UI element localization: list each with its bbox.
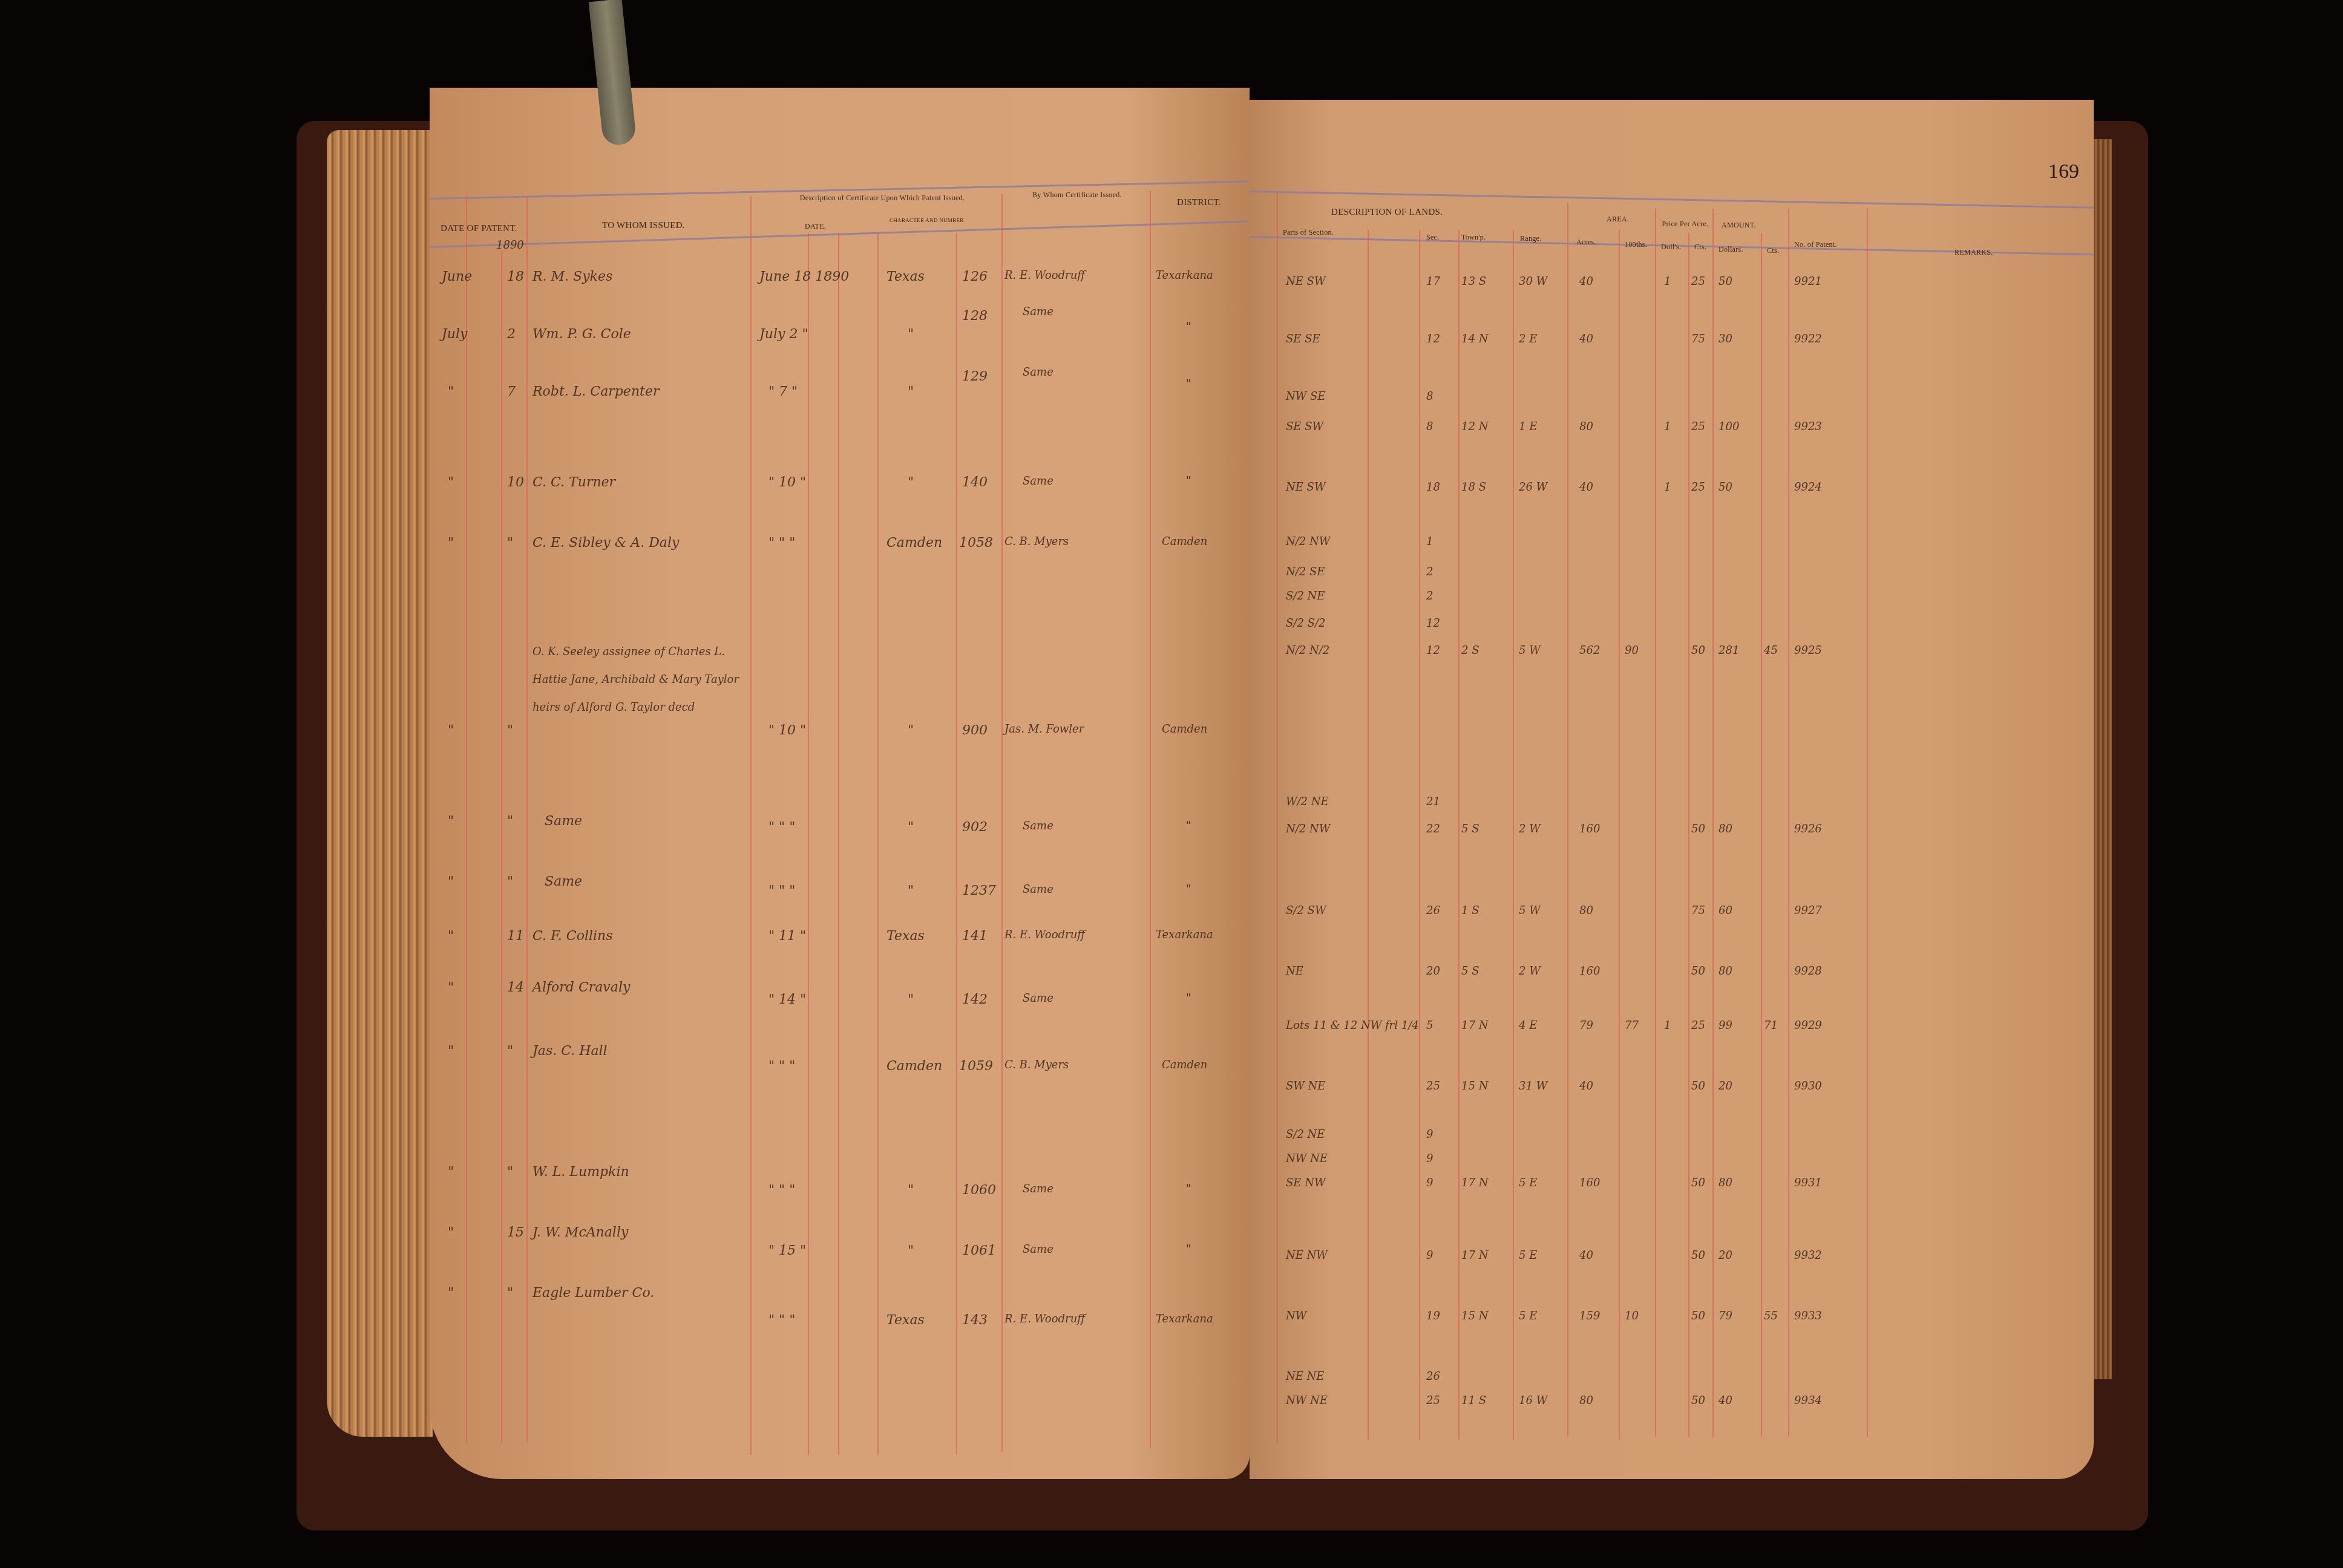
entry-amt-d: 30 [1719, 333, 1732, 345]
col-rule [1277, 191, 1278, 1443]
entry-month: " [448, 874, 454, 889]
entry-number: 1061 [962, 1243, 996, 1258]
entry-name: Wm. P. G. Cole [532, 327, 631, 342]
col-rule [808, 233, 809, 1455]
entry-number: 1059 [959, 1059, 993, 1074]
entry-month: " [448, 814, 454, 829]
entry-number: 143 [962, 1313, 988, 1328]
entry-district: " [1186, 475, 1191, 488]
col-rule [1368, 230, 1369, 1440]
entry-amt-d: 79 [1719, 1310, 1732, 1322]
entry-amt-c: 45 [1764, 644, 1778, 657]
entry-district: Texarkana [1156, 929, 1213, 941]
entry-cert-date: " " " [768, 883, 795, 898]
entry-patent-no: 9923 [1794, 420, 1822, 433]
entry-sec: 9 [1426, 1128, 1433, 1141]
entry-character: " [908, 723, 914, 738]
header-acres: Acres. [1576, 238, 1596, 247]
entry-number: 129 [962, 369, 988, 384]
entry-patent-no: 9924 [1794, 481, 1822, 494]
entry-sec: 5 [1426, 1019, 1433, 1032]
entry-sec: 9 [1426, 1249, 1433, 1262]
entry-by-whom: Same [1023, 820, 1054, 832]
entry-parts: NW SE [1286, 390, 1325, 403]
entry-cert-date: July 2 " [759, 327, 808, 342]
entry-sec: 12 [1426, 644, 1440, 657]
entry-sec: 19 [1426, 1310, 1440, 1322]
entry-by-whom: Jas. M. Fowler [1004, 723, 1084, 736]
entry-by-whom: R. E. Woodruff [1004, 929, 1085, 941]
entry-rng: 4 E [1519, 1019, 1537, 1032]
entry-name: Eagle Lumber Co. [532, 1285, 654, 1301]
entry-rng: 2 E [1519, 333, 1537, 345]
entry-price-c: 50 [1691, 823, 1705, 835]
entry-month: June [442, 269, 472, 284]
entry-hund: 90 [1625, 644, 1639, 657]
entry-patent-no: 9922 [1794, 333, 1822, 345]
entry-character: " [908, 475, 914, 490]
entry-twp: 15 N [1461, 1310, 1488, 1322]
header-by-whom: By Whom Certificate Issued. [1029, 191, 1126, 200]
entry-day: " [507, 1044, 513, 1059]
entry-amt-d: 50 [1719, 481, 1732, 494]
entry-name: C. E. Sibley & A. Daly [532, 535, 679, 550]
entry-parts: W/2 NE [1286, 795, 1329, 808]
header-dolls: Doll's. [1661, 243, 1681, 252]
entry-month: " [448, 980, 454, 995]
entry-twp: 5 S [1461, 823, 1480, 835]
entry-rng: 26 W [1519, 481, 1547, 494]
entry-patent-no: 9930 [1794, 1080, 1822, 1093]
entry-patent-no: 9932 [1794, 1249, 1822, 1262]
entry-name: O. K. Seeley assignee of Charles L. Hatt… [532, 638, 744, 722]
entry-twp: 13 S [1461, 275, 1486, 288]
entry-district: Texarkana [1156, 1313, 1213, 1325]
header-district: DISTRICT. [1177, 198, 1221, 208]
entry-district: Camden [1162, 1059, 1207, 1071]
entry-by-whom: C. B. Myers [1004, 1059, 1069, 1071]
entry-rng: 16 W [1519, 1394, 1547, 1407]
entry-name: C. F. Collins [532, 929, 613, 944]
entry-twp: 17 N [1461, 1019, 1488, 1032]
entry-price-d: 1 [1664, 275, 1671, 288]
right-page: 169 DESCRIPTION OF LANDS. Parts of Secti… [1250, 100, 2094, 1479]
entry-amt-d: 20 [1719, 1249, 1732, 1262]
entry-character: " [908, 327, 914, 342]
entry-rng: 2 W [1519, 823, 1541, 835]
entry-number: 142 [962, 992, 988, 1007]
entry-acres: 160 [1579, 965, 1600, 978]
entry-name: W. L. Lumpkin [532, 1165, 629, 1180]
col-rule [838, 233, 839, 1455]
entry-sec: 17 [1426, 275, 1440, 288]
header-amount: AMOUNT. [1722, 221, 1756, 230]
entry-acres: 160 [1579, 823, 1600, 835]
entry-sec: 12 [1426, 333, 1440, 345]
entry-twp: 12 N [1461, 420, 1488, 433]
entry-price-c: 25 [1691, 420, 1705, 433]
entry-parts: S/2 NE [1286, 590, 1325, 603]
entry-district: " [1186, 1183, 1191, 1195]
entry-month: July [442, 327, 467, 342]
entry-sec: 20 [1426, 965, 1440, 978]
entry-district: " [1186, 321, 1191, 333]
entry-district: Camden [1162, 723, 1207, 736]
entry-parts: SE NW [1286, 1177, 1325, 1189]
entry-sec: 8 [1426, 420, 1433, 433]
entry-acres: 79 [1579, 1019, 1593, 1032]
entry-district: " [1186, 1243, 1191, 1256]
header-township: Town'p. [1461, 233, 1486, 242]
entry-character: Texas [886, 269, 925, 284]
header-hundredths: 100ths. [1625, 240, 1647, 249]
entry-number: 126 [962, 269, 988, 284]
entry-month: " [448, 1225, 454, 1240]
entry-hund: 77 [1625, 1019, 1639, 1032]
entry-number: 900 [962, 723, 988, 738]
entry-price-c: 50 [1691, 1080, 1705, 1093]
entry-by-whom: Same [1023, 992, 1054, 1005]
header-certificate-date: DATE. [805, 222, 826, 231]
entry-price-d: 1 [1664, 481, 1671, 494]
entry-twp: 18 S [1461, 481, 1486, 494]
entry-rng: 5 E [1519, 1310, 1537, 1322]
entry-amt-d: 50 [1719, 275, 1732, 288]
entry-acres: 40 [1579, 1249, 1593, 1262]
entry-cert-date: " " " [768, 1313, 795, 1328]
header-sec: Sec. [1426, 233, 1440, 242]
entry-day: 15 [507, 1225, 524, 1240]
entry-amt-d: 60 [1719, 904, 1732, 917]
entry-parts: N/2 N/2 [1286, 644, 1329, 657]
entry-hund: 10 [1625, 1310, 1639, 1322]
entry-day: 7 [507, 384, 516, 399]
entry-sec: 2 [1426, 590, 1433, 603]
entry-acres: 40 [1579, 1080, 1593, 1093]
entry-cert-date: " 11 " [768, 929, 806, 944]
col-rule [956, 233, 957, 1455]
entry-sec: 21 [1426, 795, 1440, 808]
entry-character: " [908, 1183, 914, 1198]
entry-character: " [908, 883, 914, 898]
col-rule [501, 251, 502, 1443]
col-rule [1867, 209, 1868, 1437]
header-bottom-rule [430, 220, 1249, 248]
col-rule [1655, 209, 1656, 1437]
header-description-of-lands: DESCRIPTION OF LANDS. [1331, 207, 1443, 218]
entry-by-whom: Same [1023, 1183, 1054, 1195]
entry-number: 1060 [962, 1183, 996, 1198]
entry-price-c: 75 [1691, 904, 1705, 917]
entry-by-whom: Same [1023, 305, 1054, 318]
entry-patent-no: 9933 [1794, 1310, 1822, 1322]
col-rule [1619, 230, 1620, 1440]
entry-acres: 80 [1579, 1394, 1593, 1407]
entry-district: Camden [1162, 535, 1207, 548]
col-rule [1761, 233, 1762, 1437]
entry-price-c: 50 [1691, 644, 1705, 657]
entry-cert-date: " 7 " [768, 384, 798, 399]
entry-day: " [507, 1165, 513, 1180]
entry-parts: NE NE [1286, 1370, 1325, 1383]
entry-parts: NE [1286, 965, 1303, 978]
col-rule [1688, 233, 1689, 1437]
col-rule [1712, 209, 1714, 1437]
entry-cert-date: " 15 " [768, 1243, 806, 1258]
header-area: AREA. [1607, 215, 1629, 224]
entry-patent-no: 9926 [1794, 823, 1822, 835]
entry-cert-date: " " " [768, 1059, 795, 1074]
entry-parts: S/2 SW [1286, 904, 1326, 917]
entry-district: " [1186, 992, 1191, 1005]
entry-cert-date: " " " [768, 535, 795, 550]
entry-day: " [507, 1285, 513, 1301]
entry-sec: 9 [1426, 1152, 1433, 1165]
header-certificate-description: Description of Certificate Upon Which Pa… [773, 194, 991, 203]
entry-cert-date: " " " [768, 820, 795, 835]
entry-parts: N/2 SE [1286, 566, 1325, 578]
entry-patent-no: 9934 [1794, 1394, 1822, 1407]
entry-parts: S/2 NE [1286, 1128, 1325, 1141]
col-rule [466, 197, 467, 1443]
entry-name: Same [545, 874, 582, 889]
entry-price-c: 75 [1691, 333, 1705, 345]
entry-day: 10 [507, 475, 524, 490]
entry-number: 128 [962, 309, 988, 324]
entry-parts: SE SE [1286, 333, 1320, 345]
entry-acres: 80 [1579, 420, 1593, 433]
entry-price-c: 50 [1691, 1310, 1705, 1322]
entry-price-c: 50 [1691, 1249, 1705, 1262]
entry-day: 2 [507, 327, 516, 342]
entry-twp: 2 S [1461, 644, 1480, 657]
header-to-whom-issued: TO WHOM ISSUED. [602, 221, 685, 231]
entry-parts: Lots 11 & 12 NW frl 1/4 [1286, 1019, 1419, 1032]
entry-district: " [1186, 883, 1191, 896]
entry-number: 902 [962, 820, 988, 835]
entry-month: " [448, 1165, 454, 1180]
entry-rng: 5 E [1519, 1177, 1537, 1189]
entry-parts: S/2 S/2 [1286, 617, 1325, 630]
entry-acres: 562 [1579, 644, 1600, 657]
entry-acres: 40 [1579, 333, 1593, 345]
entry-rng: 5 W [1519, 904, 1541, 917]
entry-price-c: 50 [1691, 965, 1705, 978]
entry-day: 14 [507, 980, 524, 995]
entry-by-whom: Same [1023, 883, 1054, 896]
entry-amt-d: 80 [1719, 1177, 1732, 1189]
entry-cert-date: June 18 1890 [759, 269, 849, 284]
entry-district: Texarkana [1156, 269, 1213, 282]
entry-sec: 18 [1426, 481, 1440, 494]
entry-day: 18 [507, 269, 524, 284]
header-cts: Cts. [1694, 243, 1706, 252]
entry-rng: 5 E [1519, 1249, 1537, 1262]
entry-name: Alford Cravaly [532, 980, 630, 995]
entry-by-whom: R. E. Woodruff [1004, 269, 1085, 282]
entry-character: " [908, 1243, 914, 1258]
entry-twp: 14 N [1461, 333, 1488, 345]
entry-price-c: 25 [1691, 481, 1705, 494]
entry-character: " [908, 820, 914, 835]
entry-character: Texas [886, 1313, 925, 1328]
entry-patent-no: 9929 [1794, 1019, 1822, 1032]
entry-sec: 26 [1426, 904, 1440, 917]
entry-twp: 15 N [1461, 1080, 1488, 1093]
entry-district: " [1186, 820, 1191, 832]
entry-month: " [448, 535, 454, 550]
entry-cert-date: " 10 " [768, 475, 806, 490]
entry-amt-d: 80 [1719, 965, 1732, 978]
col-rule [1567, 203, 1568, 1437]
entry-day: " [507, 874, 513, 889]
entry-acres: 160 [1579, 1177, 1600, 1189]
entry-amt-d: 281 [1719, 644, 1739, 657]
entry-sec: 22 [1426, 823, 1440, 835]
page-number: 169 [2048, 160, 2079, 183]
header-character-and-number: CHARACTER AND NUMBER. [890, 217, 965, 223]
header-top-rule [1250, 191, 2094, 209]
entry-sec: 26 [1426, 1370, 1440, 1383]
entry-amt-c: 71 [1764, 1019, 1778, 1032]
entry-patent-no: 9927 [1794, 904, 1822, 917]
entry-acres: 80 [1579, 904, 1593, 917]
entry-cert-date: " 14 " [768, 992, 806, 1007]
entry-character: Texas [886, 929, 925, 944]
entry-number: 140 [962, 475, 988, 490]
entry-by-whom: C. B. Myers [1004, 535, 1069, 548]
entry-sec: 25 [1426, 1394, 1440, 1407]
col-rule [1419, 230, 1420, 1440]
entry-parts: N/2 NW [1286, 823, 1330, 835]
entry-patent-no: 9928 [1794, 965, 1822, 978]
entry-price-d: 1 [1664, 1019, 1671, 1032]
entry-month: " [448, 1044, 454, 1059]
entry-rng: 30 W [1519, 275, 1547, 288]
entry-amt-d: 99 [1719, 1019, 1732, 1032]
entry-sec: 25 [1426, 1080, 1440, 1093]
entry-parts: NW [1286, 1310, 1306, 1322]
entry-sec: 8 [1426, 390, 1433, 403]
entry-parts: N/2 NW [1286, 535, 1330, 548]
col-rule [1150, 191, 1151, 1449]
entry-price-c: 50 [1691, 1394, 1705, 1407]
col-rule [1458, 230, 1460, 1440]
entry-name: Robt. L. Carpenter [532, 384, 659, 399]
entry-district: " [1186, 378, 1191, 391]
entry-amt-d: 40 [1719, 1394, 1732, 1407]
entry-twp: 1 S [1461, 904, 1480, 917]
entry-by-whom: Same [1023, 475, 1054, 488]
header-price-per-acre: Price Per Acre. [1661, 220, 1709, 229]
col-rule [1513, 230, 1514, 1440]
entry-name: C. C. Turner [532, 475, 615, 490]
left-page: DATE OF PATENT. TO WHOM ISSUED. Descript… [430, 88, 1250, 1479]
entry-rng: 5 W [1519, 644, 1541, 657]
entry-price-d: 1 [1664, 420, 1671, 433]
header-amount-cts: Cts. [1767, 246, 1779, 255]
entry-rng: 1 E [1519, 420, 1537, 433]
entry-amt-d: 20 [1719, 1080, 1732, 1093]
entry-parts: SE SW [1286, 420, 1323, 433]
entry-rng: 31 W [1519, 1080, 1547, 1093]
entry-patent-no: 9925 [1794, 644, 1822, 657]
col-rule [526, 197, 528, 1443]
entry-price-c: 25 [1691, 275, 1705, 288]
header-date-of-patent: DATE OF PATENT. [441, 224, 517, 234]
entry-number: 1058 [959, 535, 993, 550]
entry-parts: NE SW [1286, 481, 1325, 494]
col-rule [1001, 194, 1003, 1452]
header-remarks: REMARKS. [1955, 248, 1993, 257]
entry-by-whom: Same [1023, 1243, 1054, 1256]
entry-acres: 159 [1579, 1310, 1600, 1322]
col-rule [750, 197, 752, 1455]
entry-amt-d: 80 [1719, 823, 1732, 835]
entry-month: " [448, 475, 454, 490]
entry-sec: 1 [1426, 535, 1433, 548]
entry-parts: NE SW [1286, 275, 1325, 288]
entry-parts: NW NE [1286, 1394, 1328, 1407]
entry-character: " [908, 992, 914, 1007]
entry-character: Camden [886, 1059, 942, 1074]
entry-price-c: 50 [1691, 1177, 1705, 1189]
entry-acres: 40 [1579, 275, 1593, 288]
header-dollars: Dollars. [1719, 245, 1743, 254]
entry-number: 141 [962, 929, 988, 944]
page-edges-left [327, 130, 433, 1437]
entry-day: " [507, 814, 513, 829]
entry-amt-d: 100 [1719, 420, 1739, 433]
entry-twp: 11 S [1461, 1394, 1486, 1407]
entry-month: " [448, 384, 454, 399]
entry-month: " [448, 1285, 454, 1301]
entry-sec: 12 [1426, 617, 1440, 630]
entry-name: Jas. C. Hall [532, 1044, 608, 1059]
header-range: Range. [1520, 234, 1541, 243]
entry-parts: NE NW [1286, 1249, 1328, 1262]
entry-month: " [448, 929, 454, 944]
entry-day: 11 [507, 929, 524, 944]
entry-character: " [908, 384, 914, 399]
entry-parts: NW NE [1286, 1152, 1328, 1165]
entry-amt-c: 55 [1764, 1310, 1778, 1322]
entry-name: R. M. Sykes [532, 269, 612, 284]
entry-twp: 17 N [1461, 1249, 1488, 1262]
entry-by-whom: Same [1023, 366, 1054, 379]
entry-name: Same [545, 814, 582, 829]
entry-name: J. W. McAnally [532, 1225, 628, 1240]
entry-sec: 9 [1426, 1177, 1433, 1189]
entry-character: Camden [886, 535, 942, 550]
entry-patent-no: 9931 [1794, 1177, 1822, 1189]
entry-day: " [507, 535, 513, 550]
entry-rng: 2 W [1519, 965, 1541, 978]
entry-cert-date: " " " [768, 1183, 795, 1198]
entry-parts: SW NE [1286, 1080, 1325, 1093]
entry-by-whom: R. E. Woodruff [1004, 1313, 1085, 1325]
col-rule [1788, 209, 1789, 1437]
header-parts-of-section: Parts of Section. [1283, 228, 1334, 237]
entry-cert-date: " 10 " [768, 723, 806, 738]
entry-day: " [507, 723, 513, 738]
year-heading: 1890 [496, 239, 524, 252]
entry-sec: 2 [1426, 566, 1433, 578]
entry-twp: 17 N [1461, 1177, 1488, 1189]
entry-number: 1237 [962, 883, 996, 898]
col-rule [877, 233, 879, 1455]
entry-month: " [448, 723, 454, 738]
